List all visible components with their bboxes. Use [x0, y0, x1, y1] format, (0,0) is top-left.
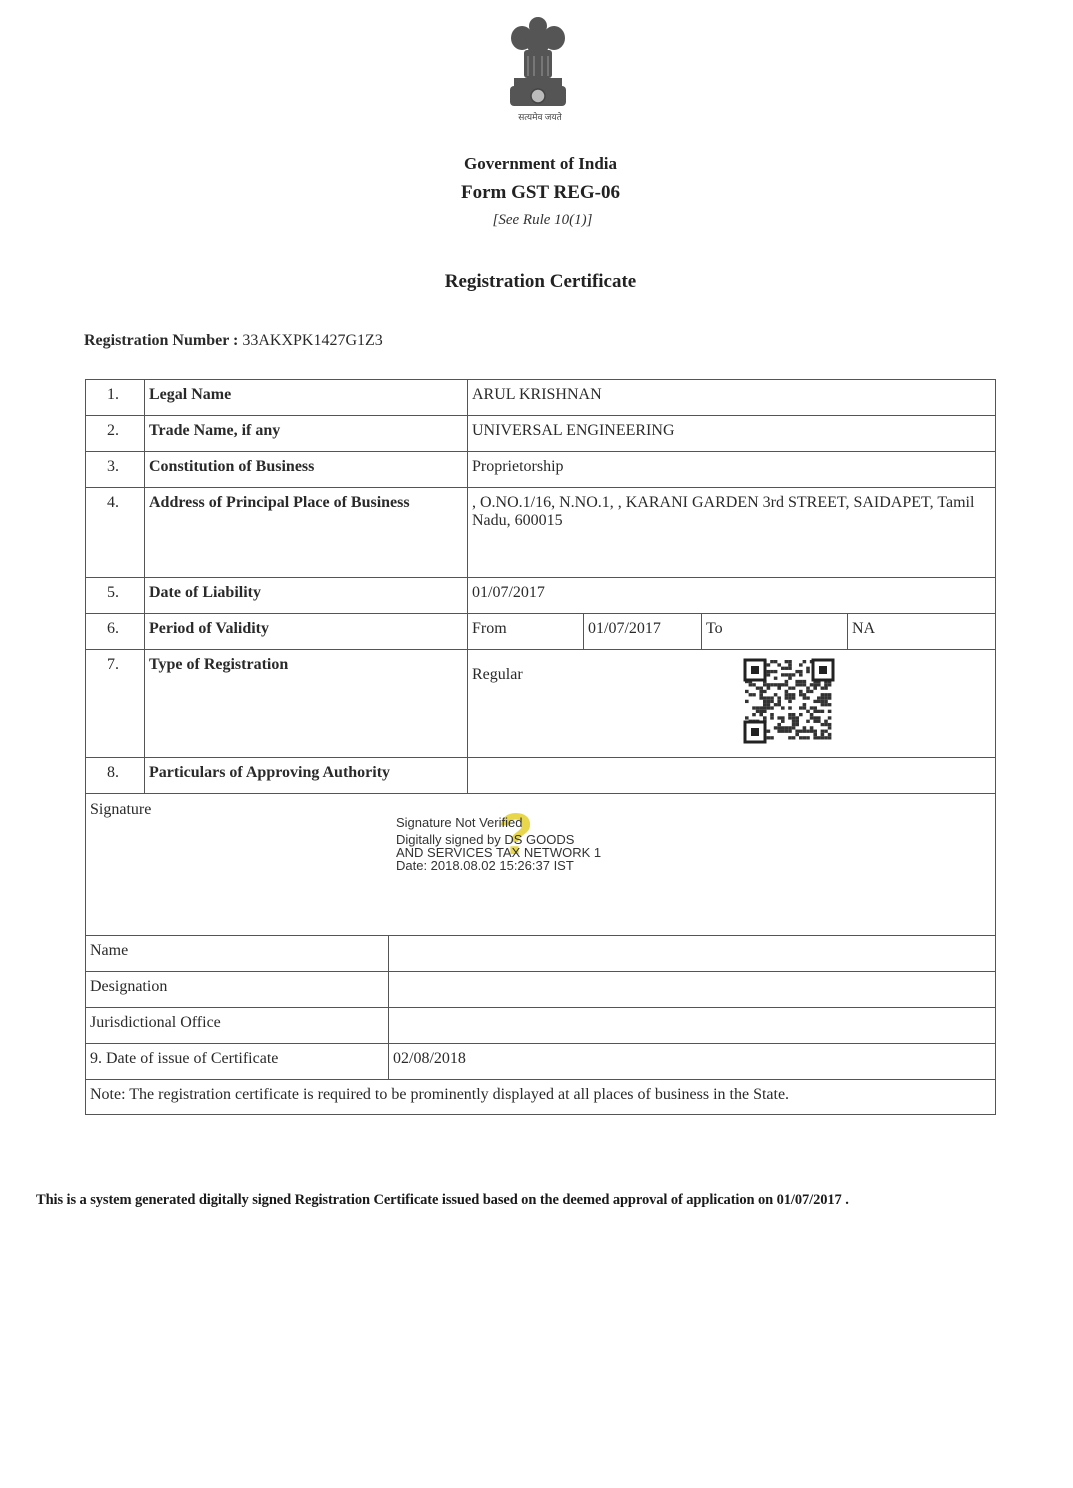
field-label: Type of Registration	[145, 650, 468, 757]
registration-number-value: 33AKXPK1427G1Z3	[242, 332, 382, 349]
form-name: Form GST REG-06	[4, 182, 1073, 204]
row-number: 2.	[86, 416, 145, 451]
table-row: 2. Trade Name, if any UNIVERSAL ENGINEER…	[86, 416, 995, 452]
digital-signature-block[interactable]: Signature Not Verified Digitally signed …	[396, 816, 601, 872]
signature-date: Date: 2018.08.02 15:26:37 IST	[396, 859, 601, 872]
row-number: 8.	[86, 758, 145, 793]
validity-to-value: NA	[848, 614, 995, 649]
row-number: 7.	[86, 650, 145, 757]
registration-number-label: Registration Number :	[84, 332, 238, 349]
date-of-liability-value: 01/07/2017	[468, 578, 995, 613]
registration-type-value: Regular	[468, 650, 995, 757]
government-heading: Government of India	[4, 154, 1073, 174]
signature-status: Signature Not Verified	[396, 816, 601, 829]
qr-code-icon[interactable]	[742, 658, 836, 746]
constitution-value: Proprietorship	[468, 452, 995, 487]
signature-section: Signature ? Signature Not Verified Digit…	[86, 794, 995, 936]
table-row: 5. Date of Liability 01/07/2017	[86, 578, 995, 614]
issue-date-value: 02/08/2018	[389, 1044, 995, 1079]
approving-authority-value	[468, 758, 995, 793]
registration-number: Registration Number : 33AKXPK1427G1Z3	[84, 332, 383, 350]
authority-name-label: Name	[86, 936, 389, 971]
rule-reference: [See Rule 10(1)]	[6, 212, 1073, 229]
certificate-table: 1. Legal Name ARUL KRISHNAN 2. Trade Nam…	[85, 379, 996, 1115]
table-row: 3. Constitution of Business Proprietorsh…	[86, 452, 995, 488]
certificate-title: Registration Certificate	[4, 271, 1073, 293]
display-note: Note: The registration certificate is re…	[86, 1080, 793, 1114]
row-number: 1.	[86, 380, 145, 415]
table-row: Jurisdictional Office	[86, 1008, 995, 1044]
table-row: 8. Particulars of Approving Authority	[86, 758, 995, 794]
validity-to-label: To	[702, 614, 848, 649]
field-label: Address of Principal Place of Business	[145, 488, 468, 577]
row-number: 5.	[86, 578, 145, 613]
table-row: 1. Legal Name ARUL KRISHNAN	[86, 380, 995, 416]
legal-name-value: ARUL KRISHNAN	[468, 380, 995, 415]
emblem-motto: सत्यमेव जयते	[500, 110, 580, 123]
table-row: 4. Address of Principal Place of Busines…	[86, 488, 995, 578]
address-value: , O.NO.1/16, N.NO.1, , KARANI GARDEN 3rd…	[468, 488, 995, 577]
table-row: 6. Period of Validity From 01/07/2017 To…	[86, 614, 995, 650]
validity-from-value: 01/07/2017	[584, 614, 702, 649]
table-row: 9. Date of issue of Certificate 02/08/20…	[86, 1044, 995, 1080]
designation-value	[389, 972, 995, 1007]
field-label: Legal Name	[145, 380, 468, 415]
field-label: Constitution of Business	[145, 452, 468, 487]
table-row: Name	[86, 936, 995, 972]
jurisdictional-office-value	[389, 1008, 995, 1043]
trade-name-value: UNIVERSAL ENGINEERING	[468, 416, 995, 451]
table-row: Note: The registration certificate is re…	[86, 1080, 995, 1114]
row-number: 4.	[86, 488, 145, 577]
row-number: 6.	[86, 614, 145, 649]
issue-date-label: 9. Date of issue of Certificate	[86, 1044, 389, 1079]
field-label: Trade Name, if any	[145, 416, 468, 451]
authority-name-value	[389, 936, 995, 971]
table-row: Designation	[86, 972, 995, 1008]
national-emblem-icon	[500, 12, 576, 124]
validity-from-label: From	[468, 614, 584, 649]
field-label: Period of Validity	[145, 614, 468, 649]
field-label: Particulars of Approving Authority	[145, 758, 468, 793]
signature-label: Signature	[90, 801, 151, 819]
jurisdictional-office-label: Jurisdictional Office	[86, 1008, 389, 1043]
row-number: 3.	[86, 452, 145, 487]
table-row: 7. Type of Registration Regular	[86, 650, 995, 758]
designation-label: Designation	[86, 972, 389, 1007]
field-label: Date of Liability	[145, 578, 468, 613]
system-generated-footer: This is a system generated digitally sig…	[36, 1192, 849, 1209]
